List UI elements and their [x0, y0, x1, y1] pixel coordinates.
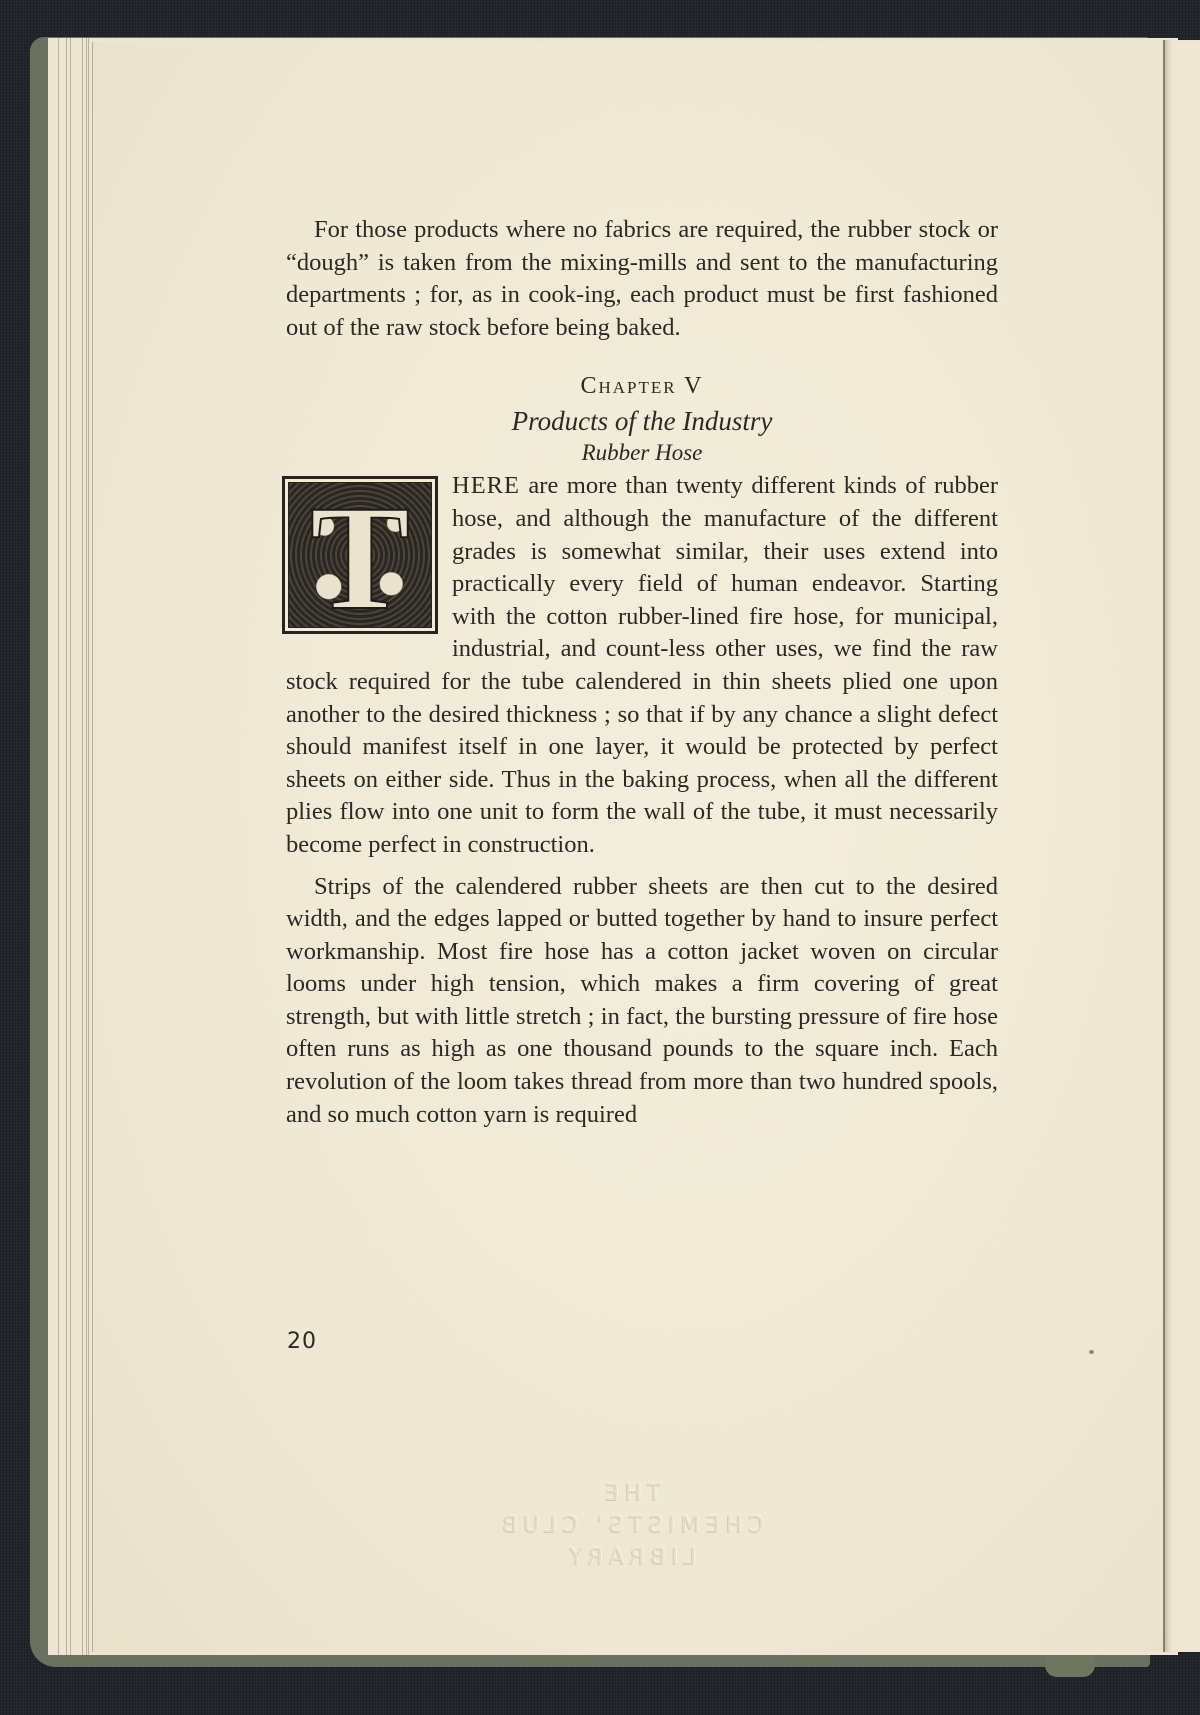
- stamp-line-3: LIBRARY: [480, 1542, 780, 1574]
- cover-torn-edge: [1045, 1655, 1095, 1677]
- chapter-paragraph-1: T HERE are more than twenty different ki…: [286, 470, 998, 861]
- dropcap-letter: T: [310, 483, 410, 633]
- intro-paragraph: For those products where no fabrics are …: [286, 214, 998, 344]
- library-blind-stamp: THE CHEMISTS' CLUB LIBRARY: [480, 1478, 780, 1574]
- decorated-dropcap-initial: T: [282, 476, 438, 634]
- stamp-line-1: THE: [480, 1478, 780, 1510]
- section-title: Rubber Hose: [286, 438, 998, 468]
- chapter-heading: Chapter V: [286, 370, 998, 402]
- chapter-subtitle: Products of the Industry: [286, 404, 998, 438]
- facing-page-edge: [1163, 40, 1200, 1652]
- floral-ornament-icon: T: [288, 482, 432, 628]
- page-text-block: For those products where no fabrics are …: [286, 214, 998, 1131]
- page-number: 20: [287, 1329, 317, 1354]
- chapter-paragraph-2: Strips of the calendered rubber sheets a…: [286, 871, 998, 1132]
- stamp-line-2: CHEMISTS' CLUB: [480, 1510, 780, 1542]
- paper-speck: [1089, 1350, 1094, 1354]
- dropcap-lead-word: HERE: [452, 472, 520, 499]
